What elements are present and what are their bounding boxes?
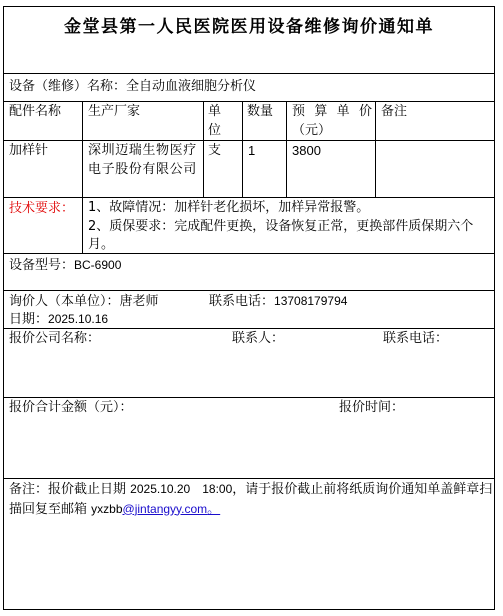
divider	[3, 101, 495, 102]
date-value: 2025.10.16	[48, 312, 108, 326]
header-remark: 备注	[381, 103, 481, 122]
remark-end: 。	[207, 502, 220, 517]
divider	[3, 478, 495, 479]
inquirer-phone: 13708179794	[274, 294, 347, 308]
model-label: 设备型号：	[9, 258, 74, 273]
date-row: 日期：2025.10.16	[9, 310, 108, 329]
tech-requirement-item: 1、故障情况：加样针老化损坏，加样异常报警。	[88, 199, 492, 218]
equipment-name-label: 设备（维修）名称：	[9, 79, 126, 94]
column-divider	[242, 101, 243, 197]
header-manufacturer: 生产厂家	[88, 103, 200, 122]
equipment-name-row: 设备（维修）名称：全自动血液细胞分析仪	[9, 77, 256, 96]
divider	[3, 140, 495, 141]
email-user: yxzbb	[91, 502, 122, 516]
divider	[3, 197, 495, 198]
divider	[3, 73, 495, 74]
remark-deadline: 2025.10.20 18:00	[130, 482, 232, 496]
cell-budget-price: 3800	[292, 142, 372, 161]
inquirer-row: 询价人（本单位）：唐老师	[9, 292, 159, 311]
column-divider	[82, 101, 83, 253]
remark-label: 备注：	[9, 482, 48, 497]
cell-part-name: 加样针	[9, 142, 81, 161]
quote-company-label: 报价公司名称：	[9, 329, 100, 348]
email-link[interactable]: @jintangyy.com	[123, 502, 208, 516]
header-unit: 单位	[208, 103, 224, 140]
equipment-name-value: 全自动血液细胞分析仪	[126, 79, 256, 94]
page-title: 金堂县第一人民医院医用设备维修询价通知单	[3, 12, 495, 37]
model-value: BC-6900	[74, 258, 121, 272]
header-quantity: 数量	[247, 103, 285, 122]
tech-requirements-label: 技术要求：	[9, 199, 74, 218]
remark-block: 备注：报价截止日期 2025.10.20 18:00，请于报价截止前将纸质询价通…	[9, 480, 493, 519]
column-divider	[375, 101, 376, 197]
header-part-name: 配件名称	[9, 103, 81, 122]
inquirer-phone-row: 联系电话：13708179794	[209, 292, 347, 311]
inquirer-phone-label: 联系电话：	[209, 294, 274, 309]
divider	[3, 290, 495, 291]
tech-requirement-item: 2、质保要求：完成配件更换，设备恢复正常，更换部件质保期六个月。	[88, 218, 492, 255]
quote-contact-label: 联系人：	[232, 329, 284, 348]
quote-time-label: 报价时间：	[339, 398, 404, 417]
date-label: 日期：	[9, 312, 48, 327]
inquirer-label: 询价人（本单位）：	[9, 294, 120, 309]
column-divider	[286, 101, 287, 197]
quote-phone-label: 联系电话：	[383, 329, 448, 348]
quote-amount-label: 报价合计金额（元）：	[9, 398, 133, 417]
cell-manufacturer: 深圳迈瑞生物医疗电子股份有限公司	[88, 142, 200, 179]
remark-text: 报价截止日期	[48, 482, 126, 497]
model-row: 设备型号：BC-6900	[9, 256, 121, 275]
tech-requirements-list: 1、故障情况：加样针老化损坏，加样异常报警。 2、质保要求：完成配件更换，设备恢…	[88, 199, 492, 255]
cell-quantity: 1	[248, 142, 284, 161]
column-divider	[203, 101, 204, 197]
header-budget-price: 预 算 单 价（元）	[292, 103, 372, 140]
cell-unit: 支	[208, 142, 238, 161]
inquirer-name: 唐老师	[120, 294, 159, 309]
